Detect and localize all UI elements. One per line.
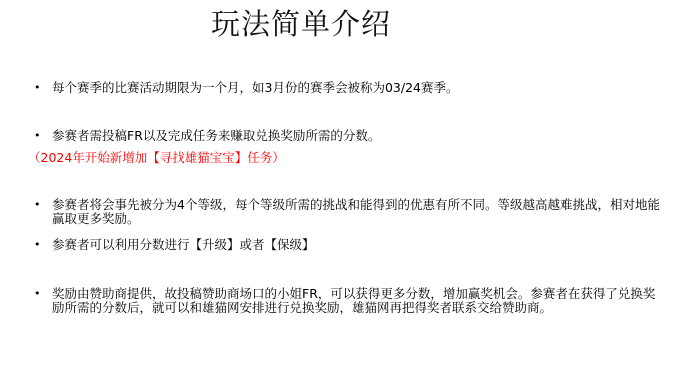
bullet-dot-icon: • (34, 287, 52, 301)
bullet-item: • 参赛者可以利用分数进行【升级】或者【保级】 (34, 238, 664, 252)
bullet-text: 参赛者可以利用分数进行【升级】或者【保级】 (52, 238, 664, 252)
bullet-dot-icon: • (34, 129, 52, 143)
bullet-item: • 参赛者需投稿FR以及完成任务来赚取兑换奖励所需的分数。 (34, 129, 664, 143)
bullet-text: 参赛者需投稿FR以及完成任务来赚取兑换奖励所需的分数。 (52, 129, 664, 143)
bullet-dot-icon: • (34, 81, 52, 95)
bullet-text: 每个赛季的比赛活动期限为一个月，如3月份的赛季会被称为03/24赛季。 (52, 81, 664, 95)
bullet-item: • 奖励由赞助商提供，故投稿赞助商场口的小姐FR，可以获得更多分数，增加赢奖机会… (34, 287, 664, 315)
bullet-item: • 参赛者将会事先被分为4个等级，每个等级所需的挑战和能得到的优惠有所不同。等级… (34, 198, 664, 226)
bullet-text: 参赛者将会事先被分为4个等级，每个等级所需的挑战和能得到的优惠有所不同。等级越高… (52, 198, 664, 226)
bullet-dot-icon: • (34, 238, 52, 252)
bullet-dot-icon: • (34, 198, 52, 212)
highlight-note: （2024年开始新增加【寻找雄猫宝宝】任务） (28, 150, 285, 166)
slide-title: 玩法简单介绍 (0, 6, 602, 42)
bullet-text: 奖励由赞助商提供，故投稿赞助商场口的小姐FR，可以获得更多分数，增加赢奖机会。参… (52, 287, 664, 315)
bullet-item: • 每个赛季的比赛活动期限为一个月，如3月份的赛季会被称为03/24赛季。 (34, 81, 664, 95)
